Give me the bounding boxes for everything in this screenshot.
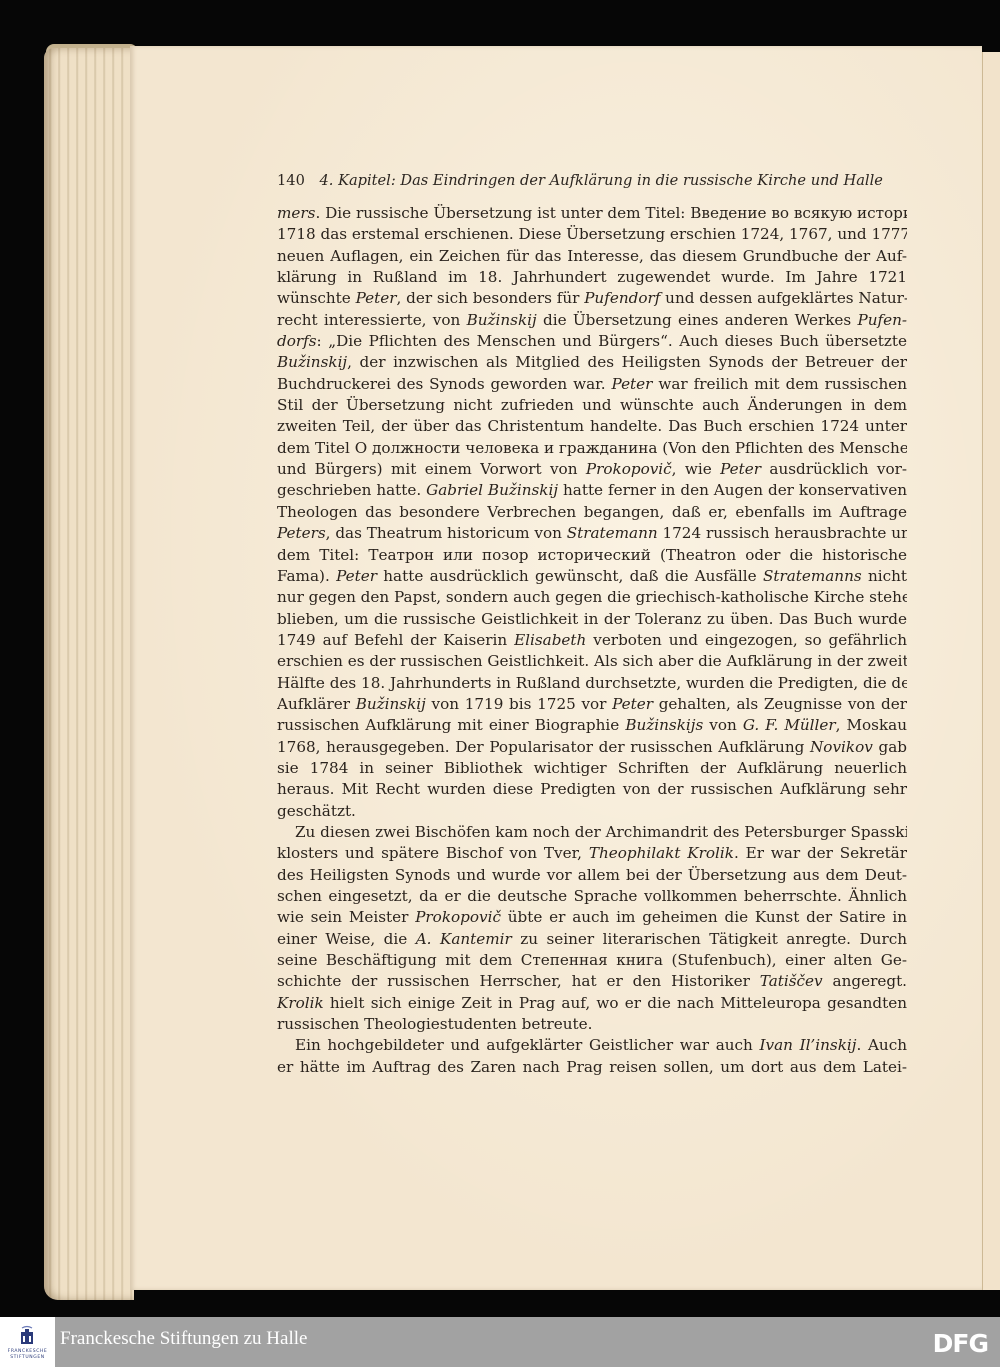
text-line: wie sein Meister Prokopovič übte er auch… <box>277 907 907 928</box>
text-run: Zu diesen zwei Bischöfen kam noch der Ar… <box>295 823 907 841</box>
text-line: Stil der Übersetzung nicht zufrieden und… <box>277 395 907 416</box>
text-line: Aufklärer Bužinskij von 1719 bis 1725 vo… <box>277 694 907 715</box>
text-run: blieben, um die russische Geistlichkeit … <box>277 610 907 628</box>
text-run: des Heiligsten Synods und wurde vor alle… <box>277 866 907 884</box>
text-run: nicht <box>862 567 907 585</box>
italic-name: Theophilakt Krolik <box>589 844 734 862</box>
text-run: Ein hochgebildeter und aufgeklärter Geis… <box>295 1036 760 1054</box>
text-line: schichte der russischen Herrscher, hat e… <box>277 971 907 992</box>
text-run: 1749 auf Befehl der Kaiserin <box>277 631 514 649</box>
text-line: Bužinskij, der inzwischen als Mitglied d… <box>277 352 907 373</box>
text-line: einer Weise, die A. Kantemir zu seiner l… <box>277 929 907 950</box>
text-run: . Er war der Sekretär <box>734 844 907 862</box>
text-line: des Heiligsten Synods und wurde vor alle… <box>277 865 907 886</box>
text-line: geschätzt. <box>277 801 907 822</box>
page-number: 140 <box>277 172 305 189</box>
text-line: zweiten Teil, der über das Christentum h… <box>277 416 907 437</box>
italic-name: Stratemann <box>567 524 658 542</box>
italic-name: mers <box>277 204 315 222</box>
text-run: klärung in Rußland im 18. Jahrhundert zu… <box>277 268 907 286</box>
text-line: erschien es der russischen Geistlichkeit… <box>277 651 907 672</box>
text-line: dem Titel О должности человека и граждан… <box>277 438 907 459</box>
italic-name: Prokopovič <box>415 908 501 926</box>
text-run: gehalten, als Zeugnisse von der <box>653 695 907 713</box>
italic-name: G. F. Müller <box>743 716 836 734</box>
next-page-edge <box>982 52 1000 1290</box>
text-line: 1768, herausgegeben. Der Popularisator d… <box>277 737 907 758</box>
franckesche-logo[interactable]: FRANCKESCHE STIFTUNGEN <box>0 1317 55 1367</box>
text-run: und Bürgers) mit einem Vorwort von <box>277 460 586 478</box>
chapter-running-head: 4. Kapitel: Das Eindringen der Aufklärun… <box>320 172 883 189</box>
italic-name: Peter <box>612 375 653 393</box>
text-run: , Moskau <box>836 716 907 734</box>
italic-name: Peter <box>612 695 653 713</box>
italic-name: A. Kantemir <box>416 930 512 948</box>
text-run: seine Beschäftigung mit dem Степенная кн… <box>277 951 907 969</box>
text-run: angeregt. <box>823 972 907 990</box>
text-run: 1718 das erstemal erschienen. Diese Über… <box>277 225 907 243</box>
text-run: hielt sich einige Zeit in Prag auf, wo e… <box>324 994 907 1012</box>
text-line: geschrieben hatte. Gabriel Bužinskij hat… <box>277 480 907 501</box>
text-run: russischen Aufklärung mit einer Biograph… <box>277 716 625 734</box>
text-run: hatte ausdrücklich gewünscht, daß die Au… <box>377 567 763 585</box>
text-run: ausdrücklich vor- <box>761 460 907 478</box>
text-run: geschrieben hatte. <box>277 481 426 499</box>
italic-name: Ivan Il’inskij <box>760 1036 857 1054</box>
text-run: von 1719 bis 1725 vor <box>426 695 612 713</box>
text-run: Stil der Übersetzung nicht zufrieden und… <box>277 396 907 414</box>
text-run: hatte ferner in den Augen der konservati… <box>558 481 907 499</box>
text-run: gab <box>873 738 907 756</box>
logo-caption: FRANCKESCHE STIFTUNGEN <box>2 1349 53 1361</box>
italic-name: Bužinskij <box>277 353 347 371</box>
text-run: Fama). <box>277 567 336 585</box>
text-run: von <box>703 716 743 734</box>
text-line: dem Titel: Театрон или позор исторически… <box>277 545 907 566</box>
text-line: dorfs: „Die Pflichten des Menschen und B… <box>277 331 907 352</box>
text-run: wie sein Meister <box>277 908 415 926</box>
text-run: nur gegen den Papst, sondern auch gegen … <box>277 588 907 606</box>
text-line: und Bürgers) mit einem Vorwort von Proko… <box>277 459 907 480</box>
building-figure-icon <box>19 1325 35 1345</box>
text-run: 1768, herausgegeben. Der Popularisator d… <box>277 738 810 756</box>
text-line: wünschte Peter, der sich besonders für P… <box>277 288 907 309</box>
text-run: heraus. Mit Recht wurden diese Predigten… <box>277 780 907 798</box>
text-line: Peters, das Theatrum historicum von Stra… <box>277 523 907 544</box>
text-line: 1749 auf Befehl der Kaiserin Elisabeth v… <box>277 630 907 651</box>
text-line: sie 1784 in seiner Bibliothek wichtiger … <box>277 758 907 779</box>
text-run: die Übersetzung eines anderen Werkes <box>537 311 858 329</box>
text-line: neuen Auflagen, ein Zeichen für das Inte… <box>277 246 907 267</box>
italic-name: Novikov <box>810 738 873 756</box>
dfg-logo[interactable]: DFG <box>933 1329 988 1358</box>
text-run: er hätte im Auftrag des Zaren nach Prag … <box>277 1058 907 1076</box>
text-run: recht interessierte, von <box>277 311 467 329</box>
body-text: mers. Die russische Übersetzung ist unte… <box>277 203 907 1078</box>
text-line: Hälfte des 18. Jahrhunderts in Rußland d… <box>277 673 907 694</box>
italic-name: dorfs <box>277 332 317 350</box>
italic-name: Pufen- <box>857 311 907 329</box>
text-run: . Auch <box>856 1036 907 1054</box>
text-run: . Die russische Übersetzung ist unter de… <box>315 204 907 222</box>
italic-name: Pufendorf <box>584 289 660 307</box>
text-run: zu seiner literarischen Tätigkeit anregt… <box>512 930 907 948</box>
book-fore-edge <box>44 48 134 1300</box>
institution-name: Franckesche Stiftungen zu Halle <box>60 1328 307 1350</box>
italic-name: Peter <box>336 567 377 585</box>
text-run: dem Titel О должности человека и граждан… <box>277 439 907 457</box>
text-line: klärung in Rußland im 18. Jahrhundert zu… <box>277 267 907 288</box>
text-run: , wie <box>672 460 720 478</box>
text-line: 1718 das erstemal erschienen. Diese Über… <box>277 224 907 245</box>
italic-name: Stratemanns <box>763 567 862 585</box>
text-line: klosters und spätere Bischof von Tver, T… <box>277 843 907 864</box>
italic-name: Peters <box>277 524 326 542</box>
text-line: russischen Aufklärung mit einer Biograph… <box>277 715 907 736</box>
text-run: erschien es der russischen Geistlichkeit… <box>277 652 907 670</box>
text-run: und dessen aufgeklärtes Natur- <box>660 289 907 307</box>
text-run: war freilich mit dem russischen <box>652 375 907 393</box>
italic-name: Peter <box>356 289 397 307</box>
text-run: schen eingesetzt, da er die deutsche Spr… <box>277 887 907 905</box>
text-run: geschätzt. <box>277 802 356 820</box>
text-line: Theologen das besondere Verbrechen began… <box>277 502 907 523</box>
text-run: sie 1784 in seiner Bibliothek wichtiger … <box>277 759 907 777</box>
text-run: , der sich besonders für <box>396 289 584 307</box>
text-run: 1724 russisch herausbrachte unter <box>658 524 907 542</box>
italic-name: Gabriel Bužinskij <box>426 481 558 499</box>
text-run: Theologen das besondere Verbrechen began… <box>277 503 907 521</box>
text-line: Buchdruckerei des Synods geworden war. P… <box>277 374 907 395</box>
text-run: : „Die Pflichten des Menschen und Bürger… <box>317 332 907 350</box>
text-run: Aufklärer <box>277 695 356 713</box>
italic-name: Krolik <box>277 994 324 1012</box>
italic-name: Peter <box>720 460 761 478</box>
footer-bar: FRANCKESCHE STIFTUNGEN Franckesche Stift… <box>0 1317 1000 1367</box>
text-run: dem Titel: Театрон или позор исторически… <box>277 546 907 564</box>
text-line: er hätte im Auftrag des Zaren nach Prag … <box>277 1057 907 1078</box>
text-line: Zu diesen zwei Bischöfen kam noch der Ar… <box>277 822 907 843</box>
text-run: klosters und spätere Bischof von Tver, <box>277 844 589 862</box>
text-run: zweiten Teil, der über das Christentum h… <box>277 417 907 435</box>
text-line: Ein hochgebildeter und aufgeklärter Geis… <box>277 1035 907 1056</box>
italic-name: Bužinskij <box>356 695 426 713</box>
text-line: heraus. Mit Recht wurden diese Predigten… <box>277 779 907 800</box>
text-line: seine Beschäftigung mit dem Степенная кн… <box>277 950 907 971</box>
running-header: 140 4. Kapitel: Das Eindringen der Aufkl… <box>277 172 907 189</box>
text-line: mers. Die russische Übersetzung ist unte… <box>277 203 907 224</box>
text-line: nur gegen den Papst, sondern auch gegen … <box>277 587 907 608</box>
text-line: russischen Theologiestudenten betreute. <box>277 1014 907 1035</box>
text-run: übte er auch im geheimen die Kunst der S… <box>501 908 907 926</box>
italic-name: Bužinskij <box>467 311 537 329</box>
text-run: neuen Auflagen, ein Zeichen für das Inte… <box>277 247 907 265</box>
text-line: Krolik hielt sich einige Zeit in Prag au… <box>277 993 907 1014</box>
text-run: , der inzwischen als Mitglied des Heilig… <box>347 353 907 371</box>
text-line: Fama). Peter hatte ausdrücklich gewünsch… <box>277 566 907 587</box>
text-run: einer Weise, die <box>277 930 416 948</box>
text-line: blieben, um die russische Geistlichkeit … <box>277 609 907 630</box>
text-run: , das Theatrum historicum von <box>326 524 567 542</box>
italic-name: Bužinskijs <box>625 716 703 734</box>
text-run: Hälfte des 18. Jahrhunderts in Rußland d… <box>277 674 907 692</box>
text-line: recht interessierte, von Bužinskij die Ü… <box>277 310 907 331</box>
italic-name: Elisabeth <box>514 631 586 649</box>
text-line: schen eingesetzt, da er die deutsche Spr… <box>277 886 907 907</box>
text-run: verboten und eingezogen, so gefährlich <box>586 631 907 649</box>
text-run: schichte der russischen Herrscher, hat e… <box>277 972 760 990</box>
italic-name: Tatiščev <box>760 972 823 990</box>
text-run: wünschte <box>277 289 356 307</box>
text-run: russischen Theologiestudenten betreute. <box>277 1015 592 1033</box>
italic-name: Prokopovič <box>586 460 672 478</box>
text-run: Buchdruckerei des Synods geworden war. <box>277 375 612 393</box>
